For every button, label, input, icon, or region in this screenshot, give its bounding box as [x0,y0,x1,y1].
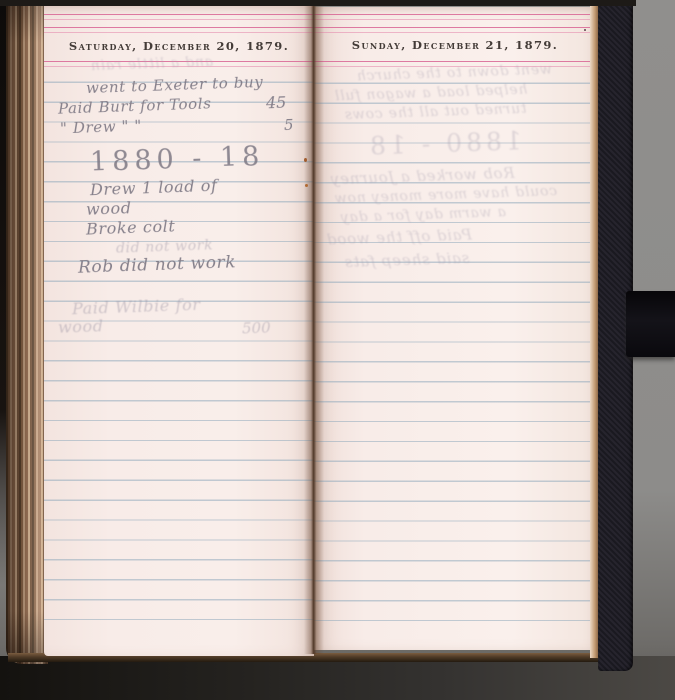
diary-page-left: Saturday, December 20, 1879. and a littl… [44,6,314,656]
diary-entry-amount: 45 [266,93,287,113]
page-date-heading-right: Sunday, December 21, 1879. [314,38,596,52]
diary-entry: " Drew " " [60,117,143,138]
book-gutter [304,6,324,654]
diary-scan: Saturday, December 20, 1879. and a littl… [0,0,675,700]
diary-entry-amount-faint: 500 [242,319,271,338]
scanner-edge-top [0,0,636,6]
header-rule-top [314,14,596,20]
diary-entry-amount: 5 [284,116,294,134]
ink-speck [584,29,586,31]
ruled-lines-right [314,77,596,646]
header-rule-mid [314,27,596,33]
stain-speck [304,158,307,162]
book-page-edges-left [6,3,48,664]
diary-entry: Broke colt [86,216,176,238]
ghost-bleedthrough-line: and a little rain [90,54,214,74]
page-date-heading-left: Saturday, December 20, 1879. [44,39,314,53]
scanner-shadow-bottom [0,656,675,700]
diary-entry-faint: wood [58,316,104,337]
stain-speck [305,184,308,187]
diary-entry: wood [86,198,132,219]
header-rule-top [44,14,314,20]
diary-page-right: Sunday, December 21, 1879. went down to … [314,7,596,650]
header-rule-mid [44,27,314,33]
ghost-bleedthrough-year: 1880 - 18 [366,126,523,160]
book-strap [626,291,675,357]
diary-entry-year: 1880 - 18 [90,141,265,178]
